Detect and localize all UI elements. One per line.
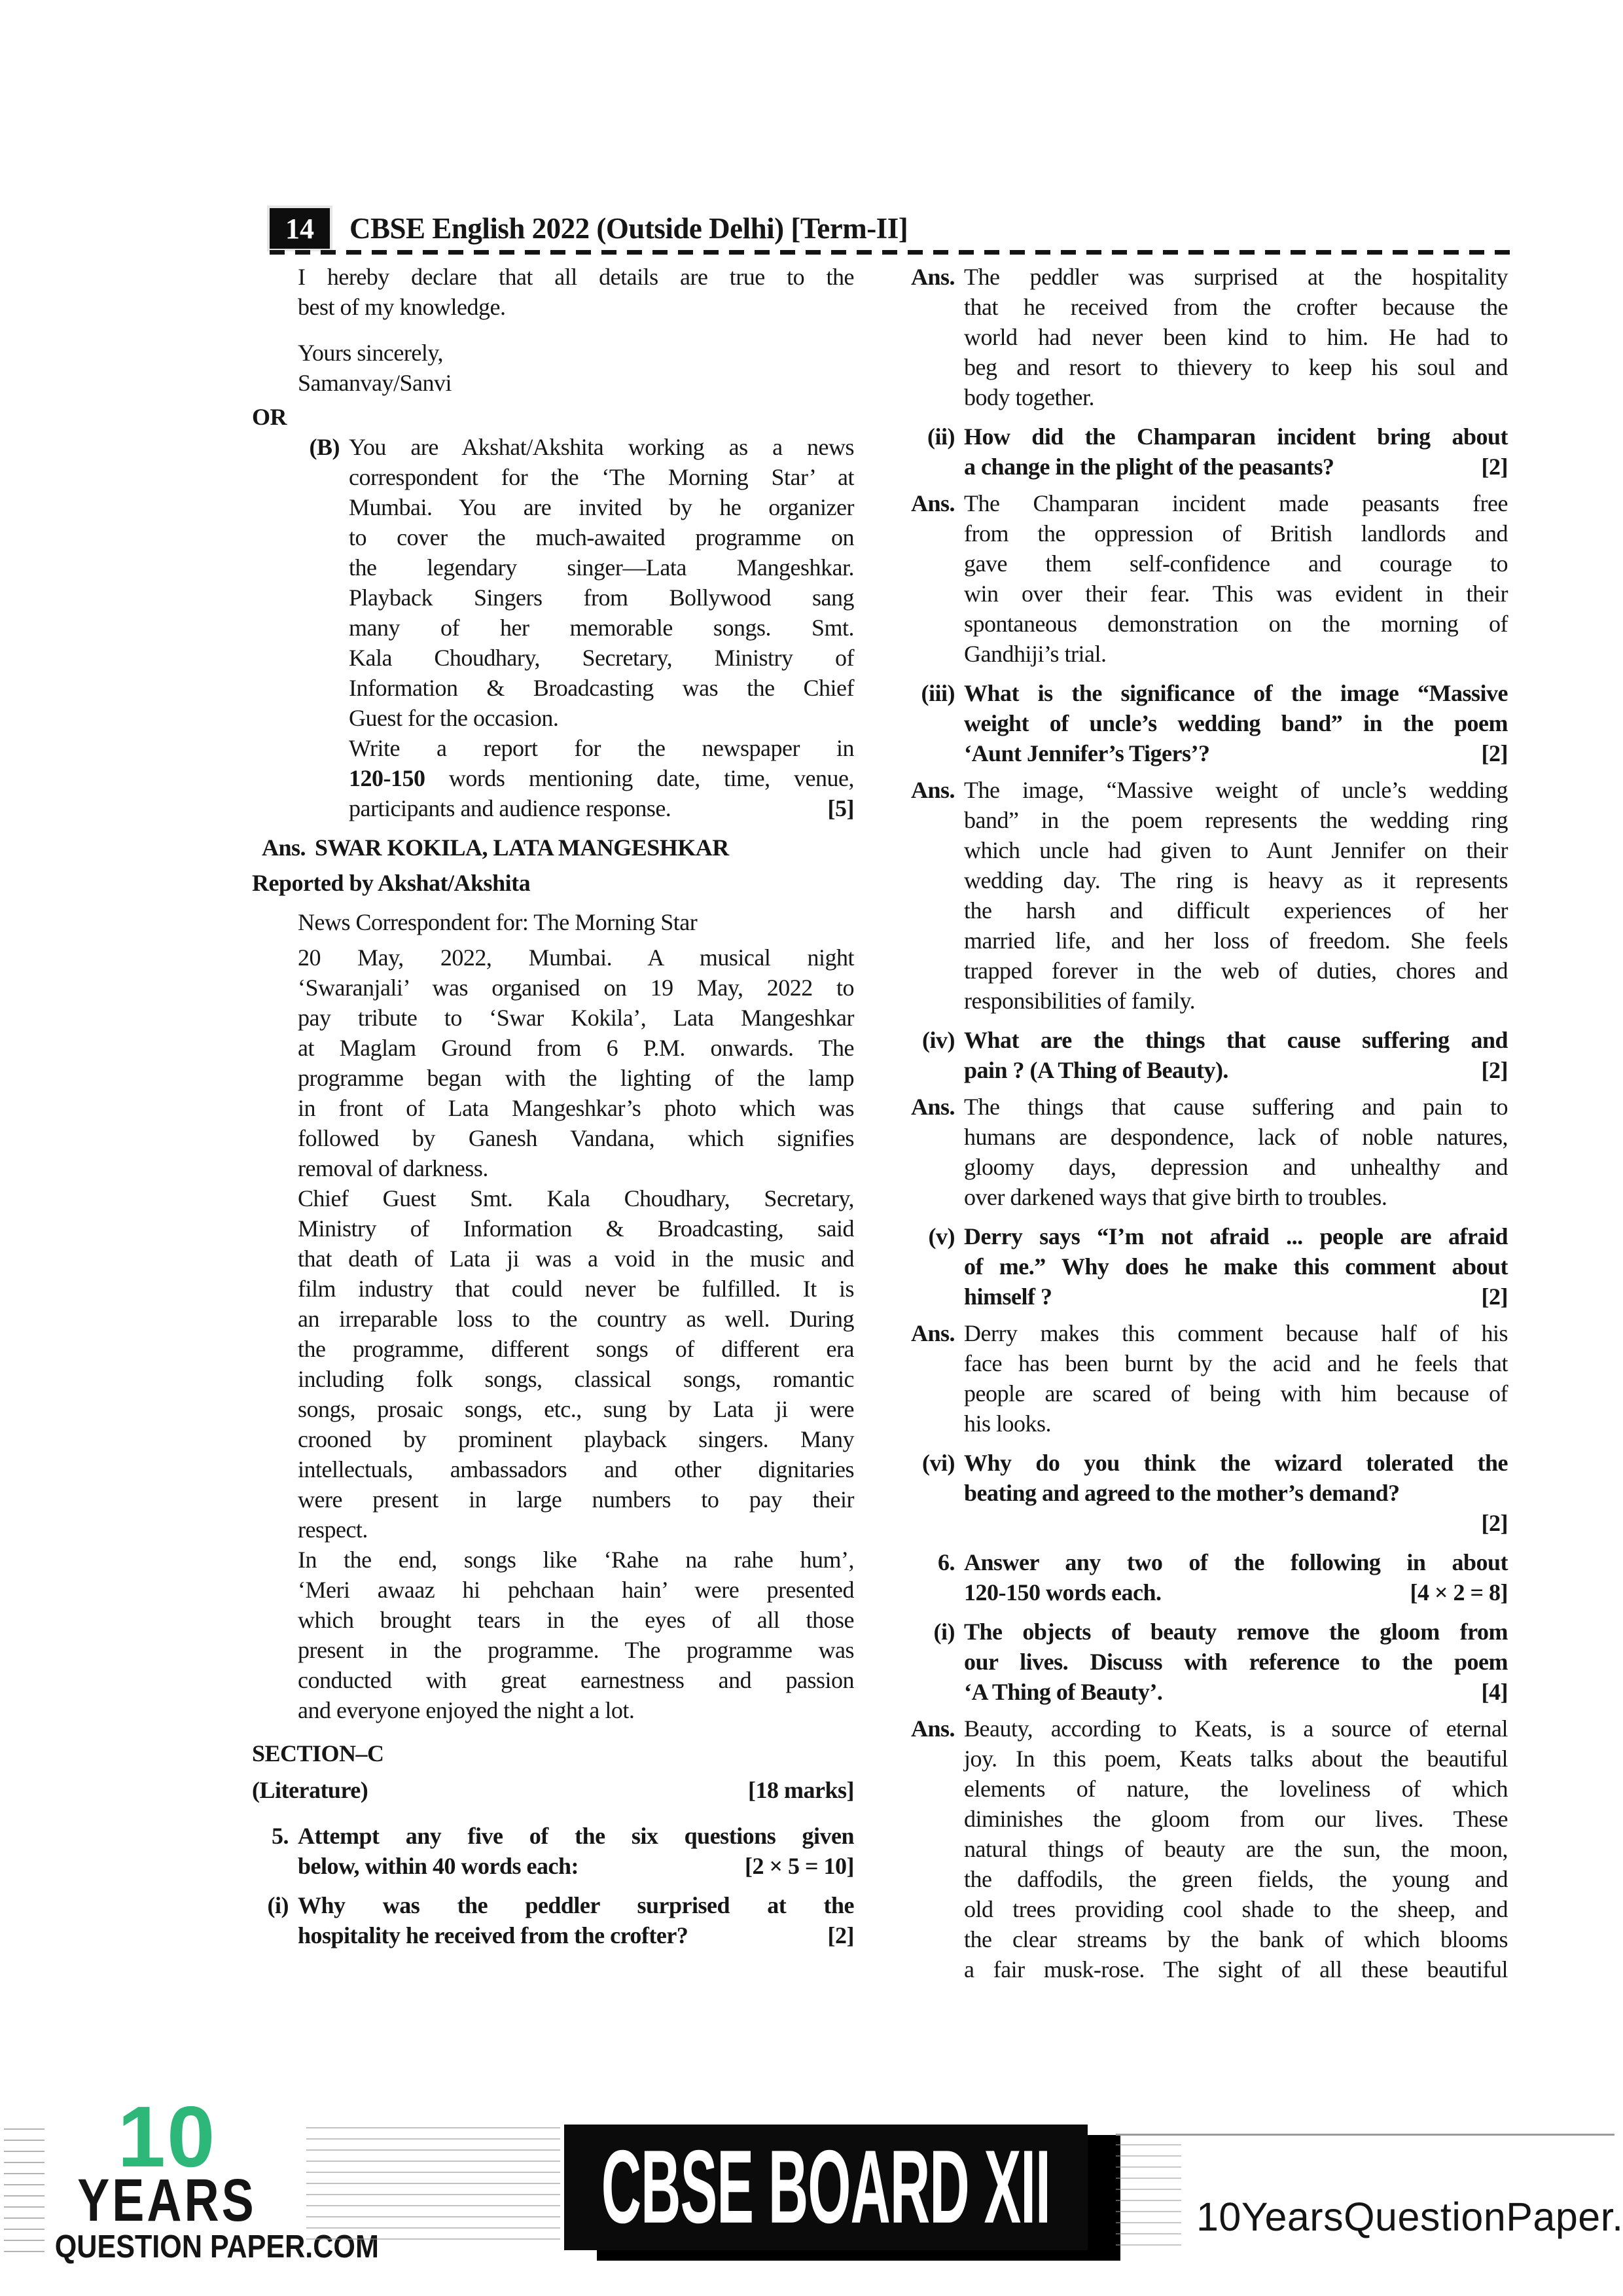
text-line: hospitality he received from the crofter… [298,1920,854,1950]
text-line: intellectuals, ambassadors and other dig… [298,1454,854,1484]
text-line: in front of Lata Mangeshkar’s photo whic… [298,1093,854,1123]
text-line: Write a report for the newspaper in [349,733,854,763]
text-line: How did the Champaran incident bring abo… [964,422,1508,452]
marks-badge: [5] [816,793,854,823]
text-line: of me.” Why does he make this comment ab… [964,1251,1508,1282]
text-line: Samanvay/Sanvi [298,368,854,398]
text-block: Ans.The things that cause suffering and … [895,1092,1508,1212]
text-line: Ministry of Information & Broadcasting, … [298,1213,854,1244]
marks-badge: [2] [1470,1508,1508,1538]
block-label: Ans. [895,1092,955,1122]
text-line: programme began with the lighting of the… [298,1063,854,1093]
text-line: gave them self-confidence and courage to [964,548,1508,579]
text-line: the clear streams by the bank of which b… [964,1924,1508,1954]
text-line: You are Akshat/Akshita working as a news [349,432,854,462]
text-line: the harsh and difficult experiences of h… [964,895,1508,925]
text-line: including folk songs, classical songs, r… [298,1364,854,1394]
text-line: ‘Swaranjali’ was organised on 19 May, 20… [298,973,854,1003]
text-block: (B)You are Akshat/Akshita working as a n… [252,432,854,823]
text-block: Reported by Akshat/Akshita [252,868,854,898]
text-block: 20 May, 2022, Mumbai. A musical night‘Sw… [252,942,854,1183]
text-line: our lives. Discuss with reference to the… [964,1647,1508,1677]
text-line: responsibilities of family. [964,986,1508,1016]
text-line: songs, prosaic songs, etc., sung by Lata… [298,1394,854,1424]
page-number-badge: 14 [270,208,330,249]
block-label: (B) [298,432,340,462]
block-label: (iv) [895,1025,955,1055]
text-block: Ans.Beauty, according to Keats, is a sou… [895,1713,1508,1984]
text-line: ‘Meri awaaz hi pehchaan hain’ were prese… [298,1575,854,1605]
text-line: Guest for the occasion. [349,703,854,733]
text-line: old trees providing cool shade to the sh… [964,1894,1508,1924]
marks-badge: [2] [1470,1282,1508,1312]
text-line: Reported by Akshat/Akshita [252,868,854,898]
text-line: his looks. [964,1408,1508,1439]
text-block: Ans.The Champaran incident made peasants… [895,488,1508,669]
block-label: (iii) [895,678,955,708]
text-block: 6.Answer any two of the following in abo… [895,1547,1508,1607]
block-label: (ii) [895,422,955,452]
text-line: What are the things that cause suffering… [964,1025,1508,1055]
text-line: Derry makes this comment because half of… [964,1318,1508,1348]
text-line: Yours sincerely, [298,338,854,368]
block-label: Ans. [895,262,955,292]
text-line: married life, and her loss of freedom. S… [964,925,1508,956]
text-line: The Champaran incident made peasants fre… [964,488,1508,518]
text-line: correspondent for the ‘The Morning Star’… [349,462,854,492]
text-line: 20 May, 2022, Mumbai. A musical night [298,942,854,973]
block-label: 6. [895,1547,955,1577]
text-line: below, within 40 words each:[2 × 5 = 10] [298,1851,854,1881]
text-line: pain ? (A Thing of Beauty).[2] [964,1055,1508,1085]
block-label: (v) [895,1221,955,1251]
block-label: (vi) [895,1448,955,1478]
text-line: SECTION–C [252,1738,854,1768]
text-line: beating and agreed to the mother’s deman… [964,1478,1508,1508]
text-line: I hereby declare that all details are tr… [298,262,854,292]
text-line: that he received from the crofter becaus… [964,292,1508,322]
text-line: himself ?[2] [964,1282,1508,1312]
marks-badge: [2] [816,1920,854,1950]
text-line: and everyone enjoyed the night a lot. [298,1695,854,1725]
text-line: elements of nature, the loveliness of wh… [964,1774,1508,1804]
text-line: crooned by prominent playback singers. M… [298,1424,854,1454]
text-line: present in the programme. The programme … [298,1635,854,1665]
block-label: Ans. [252,833,306,863]
text-line: many of her memorable songs. Smt. [349,613,854,643]
text-line: Why was the peddler surprised at the [298,1890,854,1920]
text-line: beg and resort to thievery to keep his s… [964,352,1508,382]
text-line: spontaneous demonstration on the morning… [964,609,1508,639]
marks-badge: [4] [1470,1677,1508,1707]
block-label: Ans. [895,1318,955,1348]
dashed-divider [270,250,1510,255]
footer-divider-line [1116,2134,1614,2136]
text-line: band” in the poem represents the wedding… [964,805,1508,835]
text-block: OR [252,402,854,432]
page-title: CBSE English 2022 (Outside Delhi) [Term-… [349,211,908,245]
text-line: a fair musk-rose. The sight of all these… [964,1954,1508,1984]
cbse-board-banner: CBSE BOARD XII [564,2125,1120,2255]
text-line: News Correspondent for: The Morning Star [298,907,854,937]
text-line: Kala Choudhary, Secretary, Ministry of [349,643,854,673]
text-line: Attempt any five of the six questions gi… [298,1821,854,1851]
text-line: What is the significance of the image “M… [964,678,1508,708]
website-url-text: 10YearsQuestionPaper.com [1196,2194,1623,2240]
text-block: In the end, songs like ‘Rahe na rahe hum… [252,1545,854,1725]
text-line: over darkened ways that give birth to tr… [964,1182,1508,1212]
text-line: the programme, different songs of differ… [298,1334,854,1364]
text-line: participants and audience response.[5] [349,793,854,823]
ruled-lines-right [1116,2144,1181,2254]
text-line: joy. In this poem, Keats talks about the… [964,1744,1508,1774]
text-line: pay tribute to ‘Swar Kokila’, Lata Mange… [298,1003,854,1033]
text-line: Playback Singers from Bollywood sang [349,583,854,613]
text-line: trapped forever in the web of duties, ch… [964,956,1508,986]
text-line: 120-150 words mentioning date, time, ven… [349,763,854,793]
right-column: Ans.The peddler was surprised at the hos… [895,262,1508,1984]
text-line: conducted with great earnestness and pas… [298,1665,854,1695]
text-line: to cover the much-awaited programme on [349,522,854,552]
text-block: Ans.Derry makes this comment because hal… [895,1318,1508,1439]
text-line: ‘A Thing of Beauty’.[4] [964,1677,1508,1707]
logo-years-text: YEARS [77,2173,257,2228]
text-block: (vi)Why do you think the wizard tolerate… [895,1448,1508,1538]
block-label: (i) [895,1617,955,1647]
text-line: The peddler was surprised at the hospita… [964,262,1508,292]
text-block: (ii)How did the Champaran incident bring… [895,422,1508,482]
text-block: (v)Derry says “I’m not afraid ... people… [895,1221,1508,1312]
text-line: which brought tears in the eyes of all t… [298,1605,854,1635]
text-line: best of my knowledge. [298,292,854,322]
text-block: News Correspondent for: The Morning Star [252,907,854,937]
text-line: at Maglam Ground from 6 P.M. onwards. Th… [298,1033,854,1063]
text-line: from the oppression of British landlords… [964,518,1508,548]
text-block: Ans.The image, “Massive weight of uncle’… [895,775,1508,1016]
marks-badge: [2] [1470,738,1508,768]
text-block: I hereby declare that all details are tr… [252,262,854,322]
text-line: people are scared of being with him beca… [964,1378,1508,1408]
text-line: The things that cause suffering and pain… [964,1092,1508,1122]
text-line: humans are despondence, lack of noble na… [964,1122,1508,1152]
logo-number-10: 10 [33,2101,301,2173]
text-block: (iii)What is the significance of the ima… [895,678,1508,768]
text-line: world had never been kind to him. He had… [964,322,1508,352]
text-line: The image, “Massive weight of uncle’s we… [964,775,1508,805]
text-block: Ans.SWAR KOKILA, LATA MANGESHKAR [252,833,854,863]
text-line: ‘Aunt Jennifer’s Tigers’?[2] [964,738,1508,768]
page-header: 14 CBSE English 2022 (Outside Delhi) [Te… [270,208,908,249]
text-line: Beauty, according to Keats, is a source … [964,1713,1508,1744]
text-block: SECTION–C [252,1738,854,1768]
block-label: Ans. [895,488,955,518]
ruled-lines-middle [306,2127,560,2246]
text-block: (i)The objects of beauty remove the gloo… [895,1617,1508,1707]
text-line: win over their fear. This was evident in… [964,579,1508,609]
text-block: 5.Attempt any five of the six questions … [252,1821,854,1881]
ten-years-question-paper-logo: 10 YEARS QUESTION PAPER.COM [33,2101,301,2266]
text-line: Why do you think the wizard tolerated th… [964,1448,1508,1478]
banner-box: CBSE BOARD XII [564,2125,1088,2250]
text-line: Mumbai. You are invited by he organizer [349,492,854,522]
text-line: Derry says “I’m not afraid ... people ar… [964,1221,1508,1251]
text-line: [2] [964,1508,1508,1538]
block-label: (i) [252,1890,289,1920]
text-line: SWAR KOKILA, LATA MANGESHKAR [315,833,854,863]
text-block: [18 marks](Literature) [252,1775,854,1805]
text-line: weight of uncle’s wedding band” in the p… [964,708,1508,738]
marks-badge: [2] [1470,1055,1508,1085]
text-line: face has been burnt by the acid and he f… [964,1348,1508,1378]
text-line: the legendary singer—Lata Mangeshkar. [349,552,854,583]
text-block: Chief Guest Smt. Kala Choudhary, Secreta… [252,1183,854,1545]
text-line: body together. [964,382,1508,412]
text-line: Chief Guest Smt. Kala Choudhary, Secreta… [298,1183,854,1213]
block-label: Ans. [895,1713,955,1744]
text-block: (i)Why was the peddler surprised at theh… [252,1890,854,1950]
marks-badge: [18 marks] [748,1775,854,1805]
text-line: removal of darkness. [298,1153,854,1183]
text-line: wedding day. The ring is heavy as it rep… [964,865,1508,895]
text-line: Gandhiji’s trial. [964,639,1508,669]
text-block: (iv)What are the things that cause suffe… [895,1025,1508,1085]
text-line: were present in large numbers to pay the… [298,1484,854,1515]
text-block: Yours sincerely,Samanvay/Sanvi [252,338,854,398]
text-line: OR [252,402,854,432]
scanned-question-paper-page: 14 CBSE English 2022 (Outside Delhi) [Te… [0,0,1623,2296]
text-line: gloomy days, depression and unhealthy an… [964,1152,1508,1182]
text-line: film industry that could never be fulfil… [298,1274,854,1304]
banner-text: CBSE BOARD XII [601,2128,1050,2247]
text-line: followed by Ganesh Vandana, which signif… [298,1123,854,1153]
marks-badge: [4 × 2 = 8] [1398,1577,1508,1607]
text-line: that death of Lata ji was a void in the … [298,1244,854,1274]
text-block: Ans.The peddler was surprised at the hos… [895,262,1508,412]
text-line: 120-150 words each.[4 × 2 = 8] [964,1577,1508,1607]
block-label: 5. [259,1821,289,1851]
text-line: The objects of beauty remove the gloom f… [964,1617,1508,1647]
marks-badge: [2 × 5 = 10] [733,1851,854,1881]
text-line: respect. [298,1515,854,1545]
text-line: Information & Broadcasting was the Chief [349,673,854,703]
text-line: a change in the plight of the peasants?[… [964,452,1508,482]
marks-badge: [2] [1470,452,1508,482]
text-line: an irreparable loss to the country as we… [298,1304,854,1334]
text-line: natural things of beauty are the sun, th… [964,1834,1508,1864]
text-line: Answer any two of the following in about [964,1547,1508,1577]
text-line: the daffodils, the green fields, the you… [964,1864,1508,1894]
block-label: Ans. [895,775,955,805]
text-line: In the end, songs like ‘Rahe na rahe hum… [298,1545,854,1575]
text-line: which uncle had given to Aunt Jennifer o… [964,835,1508,865]
left-column: I hereby declare that all details are tr… [252,262,854,1950]
text-line: diminishes the gloom from our lives. The… [964,1804,1508,1834]
